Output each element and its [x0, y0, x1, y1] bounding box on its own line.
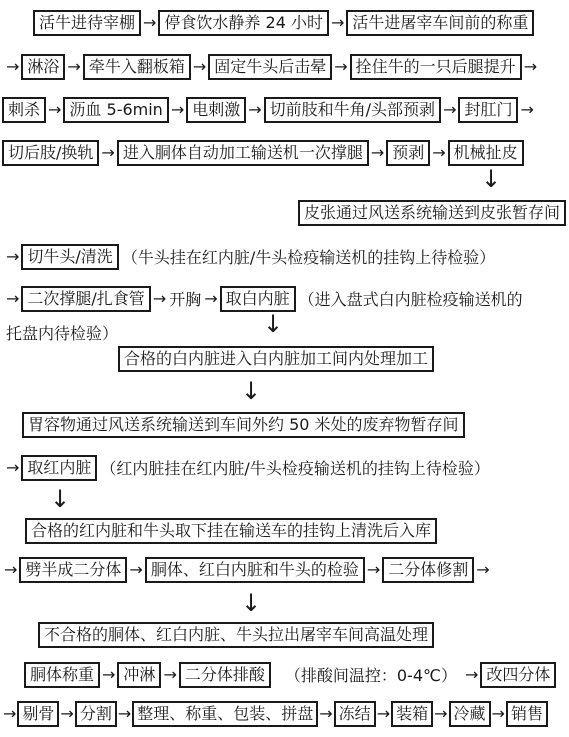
step-box: 淋浴	[21, 54, 65, 80]
flow-row-5: 皮张通过风送系统输送到皮张暂存间	[298, 199, 566, 226]
step-box: 停食饮水静养 24 小时	[158, 10, 329, 36]
arrow-right-icon: →	[522, 57, 539, 77]
flow-row-16: → 剔骨 → 分割 → 整理、称重、包装、拼盘 → 冻结 → 装箱 → 冷藏 →…	[2, 700, 548, 727]
step-box: 胴体、红白内脏和牛头的检验	[145, 557, 365, 583]
arrow-down-icon: ↓	[241, 591, 261, 615]
flow-row-10: 胃容物通过风送系统输送到车间外约 50 米处的废弃物暂存间	[22, 411, 465, 438]
flow-row-9: 合格的白内脏进入白内脏加工间内处理加工	[118, 345, 434, 372]
flow-row-6: → 切牛头/清洗 （牛头挂在红内脏/牛头检疫输送机的挂钩上待检验）	[4, 243, 495, 270]
arrow-right-icon: →	[463, 665, 480, 685]
arrow-right-icon: →	[202, 289, 219, 309]
arrow-right-icon: →	[329, 13, 346, 33]
flow-row-11: → 取红内脏 （红内脏挂在红内脏/牛头检疫输送机的挂钩上待检验）	[4, 454, 490, 481]
step-box: 取红内脏	[21, 455, 97, 481]
flow-row-13: → 劈半成二分体 → 胴体、红白内脏和牛头的检验 → 二分体修割 →	[2, 556, 492, 583]
step-box: 切牛头/清洗	[21, 244, 118, 270]
flow-note: （牛头挂在红内脏/牛头检疫输送机的挂钩上待检验）	[122, 245, 495, 268]
step-box: 拴住牛的一只后腿提升	[350, 54, 522, 80]
step-box: 胴体称重	[24, 662, 100, 688]
flow-row-3: 刺杀 → 沥血 5-6min → 电刺激 → 切前肢和牛角/头部预剥 → 封肛门…	[2, 96, 536, 123]
arrow-right-icon: →	[365, 560, 382, 580]
step-box: 牵牛入翻板箱	[83, 54, 191, 80]
step-box: 封肛门	[458, 97, 518, 123]
flow-row-8: 托盘内待检验）	[5, 319, 119, 346]
arrow-right-icon: →	[100, 665, 117, 685]
step-box: 活牛进待宰棚	[33, 10, 141, 36]
step-box: 二分体排酸	[179, 662, 271, 688]
arrow-right-icon: →	[141, 13, 158, 33]
flow-note: （红内脏挂在红内脏/牛头检疫输送机的挂钩上待检验）	[100, 456, 489, 479]
step-box: 销售	[506, 701, 548, 727]
flow-note-continued: 托盘内待检验）	[5, 321, 119, 344]
step-box: 合格的红内脏和牛头取下挂在输送车的挂钩上清洗后入库	[25, 518, 437, 544]
arrow-right-icon: →	[246, 100, 263, 120]
step-box: 整理、称重、包装、拼盘	[132, 701, 318, 727]
step-box: 沥血 5-6min	[63, 97, 168, 123]
step-box: 二次撑腿/扎食管	[21, 286, 150, 312]
step-box: 刺杀	[2, 97, 46, 123]
arrow-right-icon: →	[2, 560, 19, 580]
step-box: 冲淋	[117, 662, 161, 688]
step-box: 切后肢/换轨	[2, 140, 99, 166]
step-box: 剔骨	[17, 701, 59, 727]
arrow-right-icon: →	[46, 100, 63, 120]
arrow-right-icon: →	[518, 100, 535, 120]
arrow-right-icon: →	[441, 100, 458, 120]
arrow-right-icon: →	[369, 143, 386, 163]
arrow-right-icon: →	[376, 704, 391, 724]
flow-note: （排酸间温控：0-4℃）	[285, 663, 457, 686]
arrow-right-icon: →	[4, 57, 21, 77]
flow-row-4: 切后肢/换轨 → 进入胴体自动加工输送机一次撑腿 → 预剥 → 机械扯皮	[2, 139, 524, 166]
arrow-right-icon: →	[59, 704, 74, 724]
arrow-right-icon: →	[474, 560, 491, 580]
step-box: 胃容物通过风送系统输送到车间外约 50 米处的废弃物暂存间	[22, 412, 465, 438]
flow-row-15: 胴体称重 → 冲淋 → 二分体排酸 （排酸间温控：0-4℃） → 改四分体	[24, 661, 556, 688]
arrow-right-icon: →	[4, 289, 21, 309]
arrow-right-icon: →	[433, 704, 448, 724]
arrow-right-icon: →	[2, 704, 17, 724]
step-box: 电刺激	[186, 97, 246, 123]
step-box: 预剥	[386, 140, 430, 166]
arrow-right-icon: →	[161, 665, 178, 685]
step-box: 活牛进屠宰车间前的称重	[346, 10, 534, 36]
flow-note: （进入盘式白内脏检疫输送机的	[299, 287, 523, 310]
arrow-down-icon: ↓	[263, 312, 283, 336]
arrow-right-icon: →	[4, 247, 21, 267]
arrow-right-icon: →	[151, 289, 168, 309]
step-box: 劈半成二分体	[19, 557, 127, 583]
step-box: 机械扯皮	[448, 140, 524, 166]
flow-row-1: 活牛进待宰棚 → 停食饮水静养 24 小时 → 活牛进屠宰车间前的称重	[33, 9, 534, 36]
flow-row-14: 不合格的胴体、红白内脏、牛头拉出屠宰车间高温处理	[38, 621, 434, 648]
flow-row-7: → 二次撑腿/扎食管 → 开胸 → 取白内脏 （进入盘式白内脏检疫输送机的	[4, 285, 523, 312]
step-box: 皮张通过风送系统输送到皮张暂存间	[298, 200, 566, 226]
step-box: 冷藏	[449, 701, 491, 727]
arrow-right-icon: →	[430, 143, 447, 163]
step-box: 不合格的胴体、红白内脏、牛头拉出屠宰车间高温处理	[38, 622, 434, 648]
step-box: 固定牛头后击晕	[208, 54, 332, 80]
arrow-right-icon: →	[99, 143, 116, 163]
arrow-right-icon: →	[332, 57, 349, 77]
step-box: 取白内脏	[220, 286, 296, 312]
step-box: 进入胴体自动加工输送机一次撑腿	[117, 140, 369, 166]
arrow-right-icon: →	[491, 704, 506, 724]
step-box: 分割	[75, 701, 117, 727]
step-box: 二分体修割	[382, 557, 474, 583]
arrow-right-icon: →	[117, 704, 132, 724]
arrow-down-icon: ↓	[481, 167, 501, 191]
flow-row-2: → 淋浴 → 牵牛入翻板箱 → 固定牛头后击晕 → 拴住牛的一只后腿提升 →	[4, 53, 539, 80]
arrow-right-icon: →	[191, 57, 208, 77]
step-box: 合格的白内脏进入白内脏加工间内处理加工	[118, 346, 434, 372]
flow-row-12: 合格的红内脏和牛头取下挂在输送车的挂钩上清洗后入库	[25, 517, 437, 544]
arrow-down-icon: ↓	[241, 379, 261, 403]
step-box: 切前肢和牛角/头部预剥	[264, 97, 441, 123]
step-box: 装箱	[391, 701, 433, 727]
arrow-right-icon: →	[169, 100, 186, 120]
slaughter-process-flowchart: 活牛进待宰棚 → 停食饮水静养 24 小时 → 活牛进屠宰车间前的称重 → 淋浴…	[0, 0, 569, 737]
arrow-right-icon: →	[127, 560, 144, 580]
step-box: 冻结	[334, 701, 376, 727]
arrow-right-icon: →	[4, 458, 21, 478]
step-box: 改四分体	[480, 662, 556, 688]
arrow-right-icon: →	[318, 704, 333, 724]
arrow-right-icon: →	[65, 57, 82, 77]
arrow-down-icon: ↓	[50, 487, 70, 511]
step-plain: 开胸	[168, 287, 202, 310]
